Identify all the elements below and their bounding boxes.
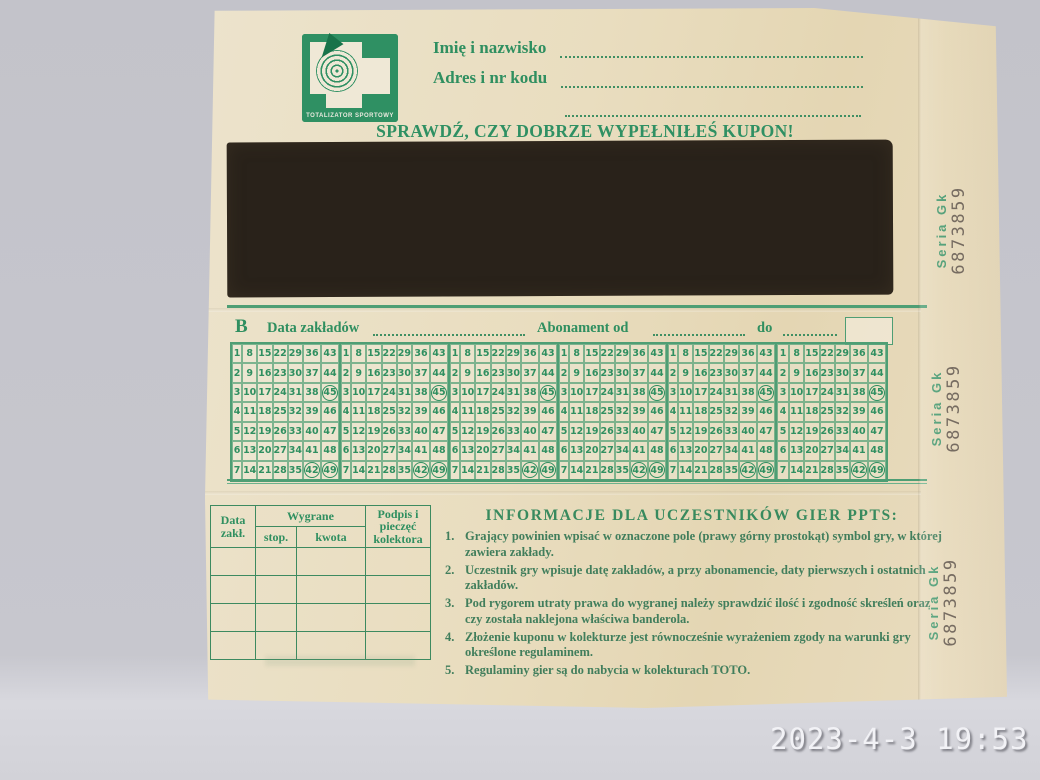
number-cell: 3 [777, 383, 789, 402]
divider-line [227, 483, 927, 484]
number-cell: 49 [321, 461, 339, 480]
number-cell: 49 [539, 461, 557, 480]
number-cell: 16 [804, 363, 819, 382]
number-cell: 20 [693, 441, 708, 460]
winnings-empty-cell [256, 576, 297, 604]
number-cell: 41 [412, 441, 430, 460]
number-cell: 43 [539, 344, 557, 363]
paper-crease [205, 308, 921, 312]
number-cell: 25 [600, 402, 615, 421]
number-cell: 14 [789, 461, 804, 480]
number-cell: 33 [724, 422, 739, 441]
number-cell: 24 [491, 383, 506, 402]
number-cell: 17 [257, 383, 272, 402]
number-cell: 31 [506, 383, 521, 402]
number-cell: 13 [789, 441, 804, 460]
number-cell: 19 [257, 422, 272, 441]
number-cell: 7 [450, 461, 460, 480]
number-cell: 11 [242, 402, 257, 421]
number-cell: 15 [804, 344, 819, 363]
number-cell: 39 [521, 402, 539, 421]
winnings-empty-cell [256, 548, 297, 576]
number-cell: 30 [615, 363, 630, 382]
number-cell: 8 [351, 344, 366, 363]
number-cell: 46 [868, 402, 886, 421]
info-item-text: Grający powinien wpisać w oznaczone pole… [465, 529, 943, 560]
number-cell: 20 [804, 441, 819, 460]
number-cell: 19 [584, 422, 599, 441]
number-cell: 23 [491, 363, 506, 382]
number-cell: 5 [559, 422, 569, 441]
number-cell: 43 [430, 344, 448, 363]
info-item-text: Uczestnik gry wpisuje datę zakładów, a p… [465, 563, 943, 594]
number-cell: 9 [242, 363, 257, 382]
number-cell: 4 [777, 402, 789, 421]
number-cell: 25 [709, 402, 724, 421]
number-cell: 29 [397, 344, 412, 363]
number-cell: 16 [366, 363, 381, 382]
number-cell: 47 [430, 422, 448, 441]
info-item-number: 1. [445, 529, 465, 560]
number-cell: 25 [820, 402, 835, 421]
number-cell: 34 [615, 441, 630, 460]
number-cell: 45 [648, 383, 666, 402]
number-cell: 11 [569, 402, 584, 421]
number-cell: 47 [539, 422, 557, 441]
number-cell: 16 [257, 363, 272, 382]
number-cell: 10 [789, 383, 804, 402]
number-cell: 12 [789, 422, 804, 441]
number-cell: 13 [242, 441, 257, 460]
number-cell: 38 [850, 383, 868, 402]
winnings-empty-row [211, 548, 431, 576]
number-cell: 8 [569, 344, 584, 363]
number-cell: 45 [757, 383, 775, 402]
number-cell: 13 [569, 441, 584, 460]
number-cell: 9 [569, 363, 584, 382]
number-cell: 42 [739, 461, 757, 480]
paper-fold [918, 8, 1007, 708]
number-cell: 7 [777, 461, 789, 480]
number-cell: 46 [648, 402, 666, 421]
number-cell: 28 [820, 461, 835, 480]
number-cell: 2 [777, 363, 789, 382]
number-cell: 10 [460, 383, 475, 402]
number-cell: 44 [321, 363, 339, 382]
number-cell: 24 [600, 383, 615, 402]
number-cell: 11 [460, 402, 475, 421]
circled-number: 49 [758, 462, 774, 478]
number-cell: 16 [475, 363, 490, 382]
number-cell: 43 [757, 344, 775, 363]
number-cell: 35 [724, 461, 739, 480]
number-cell: 31 [615, 383, 630, 402]
number-cell: 17 [804, 383, 819, 402]
info-item: 5.Regulaminy gier są do nabycia w kolekt… [445, 663, 943, 679]
number-cell: 40 [303, 422, 321, 441]
number-cell: 3 [668, 383, 678, 402]
camera-timestamp: 2023-4-3 19:53 [770, 722, 1028, 756]
redacted-area [227, 140, 894, 298]
number-cell: 31 [288, 383, 303, 402]
number-cell: 39 [630, 402, 648, 421]
number-cell: 30 [397, 363, 412, 382]
number-cell: 10 [678, 383, 693, 402]
number-cell: 15 [366, 344, 381, 363]
number-cell: 38 [521, 383, 539, 402]
number-cell: 9 [460, 363, 475, 382]
number-cell: 3 [341, 383, 351, 402]
number-cell: 44 [539, 363, 557, 382]
number-cell: 28 [491, 461, 506, 480]
number-cell: 21 [584, 461, 599, 480]
number-cell: 32 [615, 402, 630, 421]
number-cell: 21 [693, 461, 708, 480]
number-cell: 18 [584, 402, 599, 421]
number-cell: 40 [412, 422, 430, 441]
winnings-empty-cell [211, 604, 256, 632]
bet-date-label: Data zakładów [267, 320, 359, 337]
number-block: 1815222936432916233037443101724313845411… [450, 344, 559, 480]
number-cell: 34 [506, 441, 521, 460]
number-cell: 43 [648, 344, 666, 363]
number-cell: 33 [288, 422, 303, 441]
number-cell: 29 [288, 344, 303, 363]
winnings-col-signature: Podpis i pieczęć kolektora [366, 506, 431, 548]
number-cell: 26 [273, 422, 288, 441]
number-cell: 1 [668, 344, 678, 363]
number-cell: 13 [678, 441, 693, 460]
info-item: 2.Uczestnik gry wpisuje datę zakładów, a… [445, 563, 943, 594]
photo-background: TOTALIZATOR SPORTOWY Imię i nazwisko Adr… [0, 0, 1040, 780]
number-cell: 26 [491, 422, 506, 441]
number-cell: 4 [668, 402, 678, 421]
number-cell: 47 [321, 422, 339, 441]
number-cell: 15 [693, 344, 708, 363]
logo-shape [326, 94, 362, 108]
number-cell: 39 [850, 402, 868, 421]
number-cell: 28 [273, 461, 288, 480]
number-cell: 14 [242, 461, 257, 480]
number-block: 1815222936432916233037443101724313845411… [559, 344, 668, 480]
number-block: 1815222936432916233037443101724313845411… [232, 344, 341, 480]
number-cell: 29 [506, 344, 521, 363]
number-cell: 49 [430, 461, 448, 480]
winnings-empty-cell [211, 632, 256, 660]
number-cell: 24 [273, 383, 288, 402]
winnings-table: Data zakł. Wygrane Podpis i pieczęć kole… [210, 505, 431, 660]
number-cell: 26 [709, 422, 724, 441]
circled-number: 45 [869, 385, 885, 401]
number-cell: 7 [232, 461, 242, 480]
number-cell: 19 [475, 422, 490, 441]
number-cell: 18 [804, 402, 819, 421]
number-cell: 30 [724, 363, 739, 382]
section-b-letter: B [235, 316, 248, 338]
number-cell: 17 [475, 383, 490, 402]
number-cell: 19 [693, 422, 708, 441]
dotted-leader [653, 322, 745, 336]
circled-number: 45 [431, 385, 447, 401]
number-cell: 35 [397, 461, 412, 480]
number-cell: 35 [835, 461, 850, 480]
info-item-number: 2. [445, 563, 465, 594]
number-cell: 32 [835, 402, 850, 421]
number-cell: 33 [835, 422, 850, 441]
number-cell: 39 [412, 402, 430, 421]
info-item-number: 3. [445, 596, 465, 627]
number-cell: 33 [506, 422, 521, 441]
number-cell: 34 [724, 441, 739, 460]
number-cell: 28 [382, 461, 397, 480]
circled-number: 49 [431, 462, 447, 478]
number-cell: 27 [273, 441, 288, 460]
number-cell: 49 [648, 461, 666, 480]
number-cell: 25 [273, 402, 288, 421]
circled-number: 42 [851, 462, 867, 478]
number-cell: 12 [351, 422, 366, 441]
winnings-col-degree: stop. [256, 527, 297, 548]
number-cell: 30 [288, 363, 303, 382]
number-cell: 2 [668, 363, 678, 382]
number-cell: 23 [820, 363, 835, 382]
number-cell: 2 [559, 363, 569, 382]
number-cell: 15 [257, 344, 272, 363]
number-cell: 48 [430, 441, 448, 460]
number-cell: 26 [820, 422, 835, 441]
number-cell: 19 [366, 422, 381, 441]
number-cell: 3 [450, 383, 460, 402]
number-cell: 47 [757, 422, 775, 441]
circled-number: 49 [649, 462, 665, 478]
number-cell: 6 [668, 441, 678, 460]
number-cell: 11 [351, 402, 366, 421]
winnings-empty-cell [366, 604, 431, 632]
info-item: 4.Złożenie kuponu w kolekturze jest równ… [445, 630, 943, 661]
number-cell: 21 [257, 461, 272, 480]
info-item-number: 4. [445, 630, 465, 661]
number-cell: 18 [475, 402, 490, 421]
info-item: 1.Grający powinien wpisać w oznaczone po… [445, 529, 943, 560]
number-cell: 44 [868, 363, 886, 382]
number-cell: 46 [539, 402, 557, 421]
number-cell: 37 [412, 363, 430, 382]
number-cell: 20 [366, 441, 381, 460]
number-cell: 45 [430, 383, 448, 402]
number-block: 1815222936432916233037443101724313845411… [668, 344, 777, 480]
winnings-col-group: Wygrane [256, 506, 366, 527]
number-cell: 47 [648, 422, 666, 441]
number-cell: 16 [693, 363, 708, 382]
number-cell: 3 [232, 383, 242, 402]
winnings-col-amount: kwota [297, 527, 366, 548]
number-cell: 24 [820, 383, 835, 402]
number-cell: 29 [615, 344, 630, 363]
number-cell: 31 [724, 383, 739, 402]
winnings-empty-cell [297, 548, 366, 576]
number-cell: 36 [630, 344, 648, 363]
number-cell: 38 [630, 383, 648, 402]
circled-number: 49 [869, 462, 885, 478]
circled-number: 45 [322, 385, 338, 401]
number-cell: 48 [539, 441, 557, 460]
number-cell: 23 [273, 363, 288, 382]
number-cell: 44 [648, 363, 666, 382]
number-cell: 23 [600, 363, 615, 382]
game-symbol-box [845, 317, 893, 345]
info-item: 3.Pod rygorem utraty prawa do wygranej n… [445, 596, 943, 627]
winnings-empty-cell [211, 576, 256, 604]
number-cell: 35 [615, 461, 630, 480]
number-cell: 7 [668, 461, 678, 480]
number-cell: 2 [341, 363, 351, 382]
number-cell: 27 [600, 441, 615, 460]
number-cell: 37 [850, 363, 868, 382]
number-cell: 11 [678, 402, 693, 421]
number-cell: 43 [321, 344, 339, 363]
number-cell: 39 [303, 402, 321, 421]
number-cell: 16 [584, 363, 599, 382]
logo-caption: TOTALIZATOR SPORTOWY [302, 113, 398, 119]
dotted-leader [373, 322, 525, 336]
number-cell: 34 [288, 441, 303, 460]
info-list: 1.Grający powinien wpisać w oznaczone po… [445, 529, 943, 681]
info-item-text: Złożenie kuponu w kolekturze jest równoc… [465, 630, 943, 661]
info-item-text: Pod rygorem utraty prawa do wygranej nal… [465, 596, 943, 627]
number-cell: 45 [868, 383, 886, 402]
number-cell: 40 [521, 422, 539, 441]
number-cell: 40 [739, 422, 757, 441]
number-cell: 3 [559, 383, 569, 402]
winnings-col-date: Data zakł. [211, 506, 256, 548]
number-cell: 26 [382, 422, 397, 441]
number-cell: 19 [804, 422, 819, 441]
number-cell: 1 [341, 344, 351, 363]
info-item-number: 5. [445, 663, 465, 679]
number-cell: 14 [460, 461, 475, 480]
name-field-row: Imię i nazwisko [433, 38, 863, 58]
number-cell: 24 [382, 383, 397, 402]
number-cell: 35 [288, 461, 303, 480]
number-cell: 5 [668, 422, 678, 441]
number-cell: 48 [757, 441, 775, 460]
number-cell: 1 [777, 344, 789, 363]
number-cell: 8 [789, 344, 804, 363]
number-cell: 32 [506, 402, 521, 421]
number-cell: 36 [850, 344, 868, 363]
winnings-empty-cell [211, 548, 256, 576]
winnings-empty-row [211, 604, 431, 632]
number-cell: 30 [506, 363, 521, 382]
info-title: INFORMACJE DLA UCZESTNIKÓW GIER PPTS: [443, 507, 941, 525]
number-cell: 14 [569, 461, 584, 480]
winnings-empty-cell [366, 548, 431, 576]
number-cell: 28 [600, 461, 615, 480]
number-cell: 2 [450, 363, 460, 382]
number-cell: 31 [835, 383, 850, 402]
number-cell: 6 [232, 441, 242, 460]
number-cell: 7 [341, 461, 351, 480]
number-cell: 21 [366, 461, 381, 480]
number-cell: 29 [724, 344, 739, 363]
number-cell: 34 [397, 441, 412, 460]
number-cell: 18 [257, 402, 272, 421]
number-cell: 45 [321, 383, 339, 402]
divider-line [227, 479, 927, 481]
number-cell: 37 [521, 363, 539, 382]
number-cell: 9 [351, 363, 366, 382]
number-cell: 7 [559, 461, 569, 480]
number-cell: 24 [709, 383, 724, 402]
number-cell: 14 [351, 461, 366, 480]
circled-number: 45 [758, 385, 774, 401]
paper-crease [205, 491, 921, 495]
number-cell: 44 [430, 363, 448, 382]
number-cell: 25 [382, 402, 397, 421]
number-cell: 2 [232, 363, 242, 382]
number-cell: 10 [569, 383, 584, 402]
number-cell: 41 [521, 441, 539, 460]
number-cell: 42 [850, 461, 868, 480]
number-cell: 4 [450, 402, 460, 421]
number-cell: 35 [506, 461, 521, 480]
number-cell: 20 [257, 441, 272, 460]
number-cell: 47 [868, 422, 886, 441]
winnings-empty-cell [297, 604, 366, 632]
number-block: 1815222936432916233037443101724313845411… [341, 344, 450, 480]
number-cell: 36 [303, 344, 321, 363]
dotted-leader [561, 71, 863, 88]
number-cell: 49 [757, 461, 775, 480]
number-cell: 33 [397, 422, 412, 441]
number-cell: 38 [303, 383, 321, 402]
number-cell: 32 [724, 402, 739, 421]
number-cell: 13 [460, 441, 475, 460]
number-cell: 42 [412, 461, 430, 480]
number-cell: 48 [648, 441, 666, 460]
circled-number: 49 [540, 462, 556, 478]
number-cell: 17 [366, 383, 381, 402]
number-cell: 36 [739, 344, 757, 363]
number-cell: 12 [678, 422, 693, 441]
number-cell: 40 [850, 422, 868, 441]
number-cell: 23 [382, 363, 397, 382]
number-grid: 1815222936432916233037443101724313845411… [230, 342, 888, 482]
number-cell: 48 [321, 441, 339, 460]
number-cell: 22 [600, 344, 615, 363]
number-cell: 29 [835, 344, 850, 363]
number-cell: 48 [868, 441, 886, 460]
number-cell: 4 [232, 402, 242, 421]
circled-number: 45 [540, 385, 556, 401]
number-cell: 34 [835, 441, 850, 460]
number-cell: 6 [777, 441, 789, 460]
dotted-leader [783, 322, 837, 336]
number-cell: 14 [678, 461, 693, 480]
number-cell: 11 [789, 402, 804, 421]
number-cell: 5 [232, 422, 242, 441]
winnings-empty-cell [297, 576, 366, 604]
number-cell: 42 [630, 461, 648, 480]
number-cell: 12 [569, 422, 584, 441]
name-field-label: Imię i nazwisko [433, 38, 546, 58]
logo-shape [362, 58, 390, 94]
info-item-text: Regulaminy gier są do nabycia w kolektur… [465, 663, 750, 679]
section-b-header: B Data zakładów Abonament od do [205, 316, 921, 344]
number-cell: 1 [559, 344, 569, 363]
number-cell: 20 [475, 441, 490, 460]
number-cell: 49 [868, 461, 886, 480]
